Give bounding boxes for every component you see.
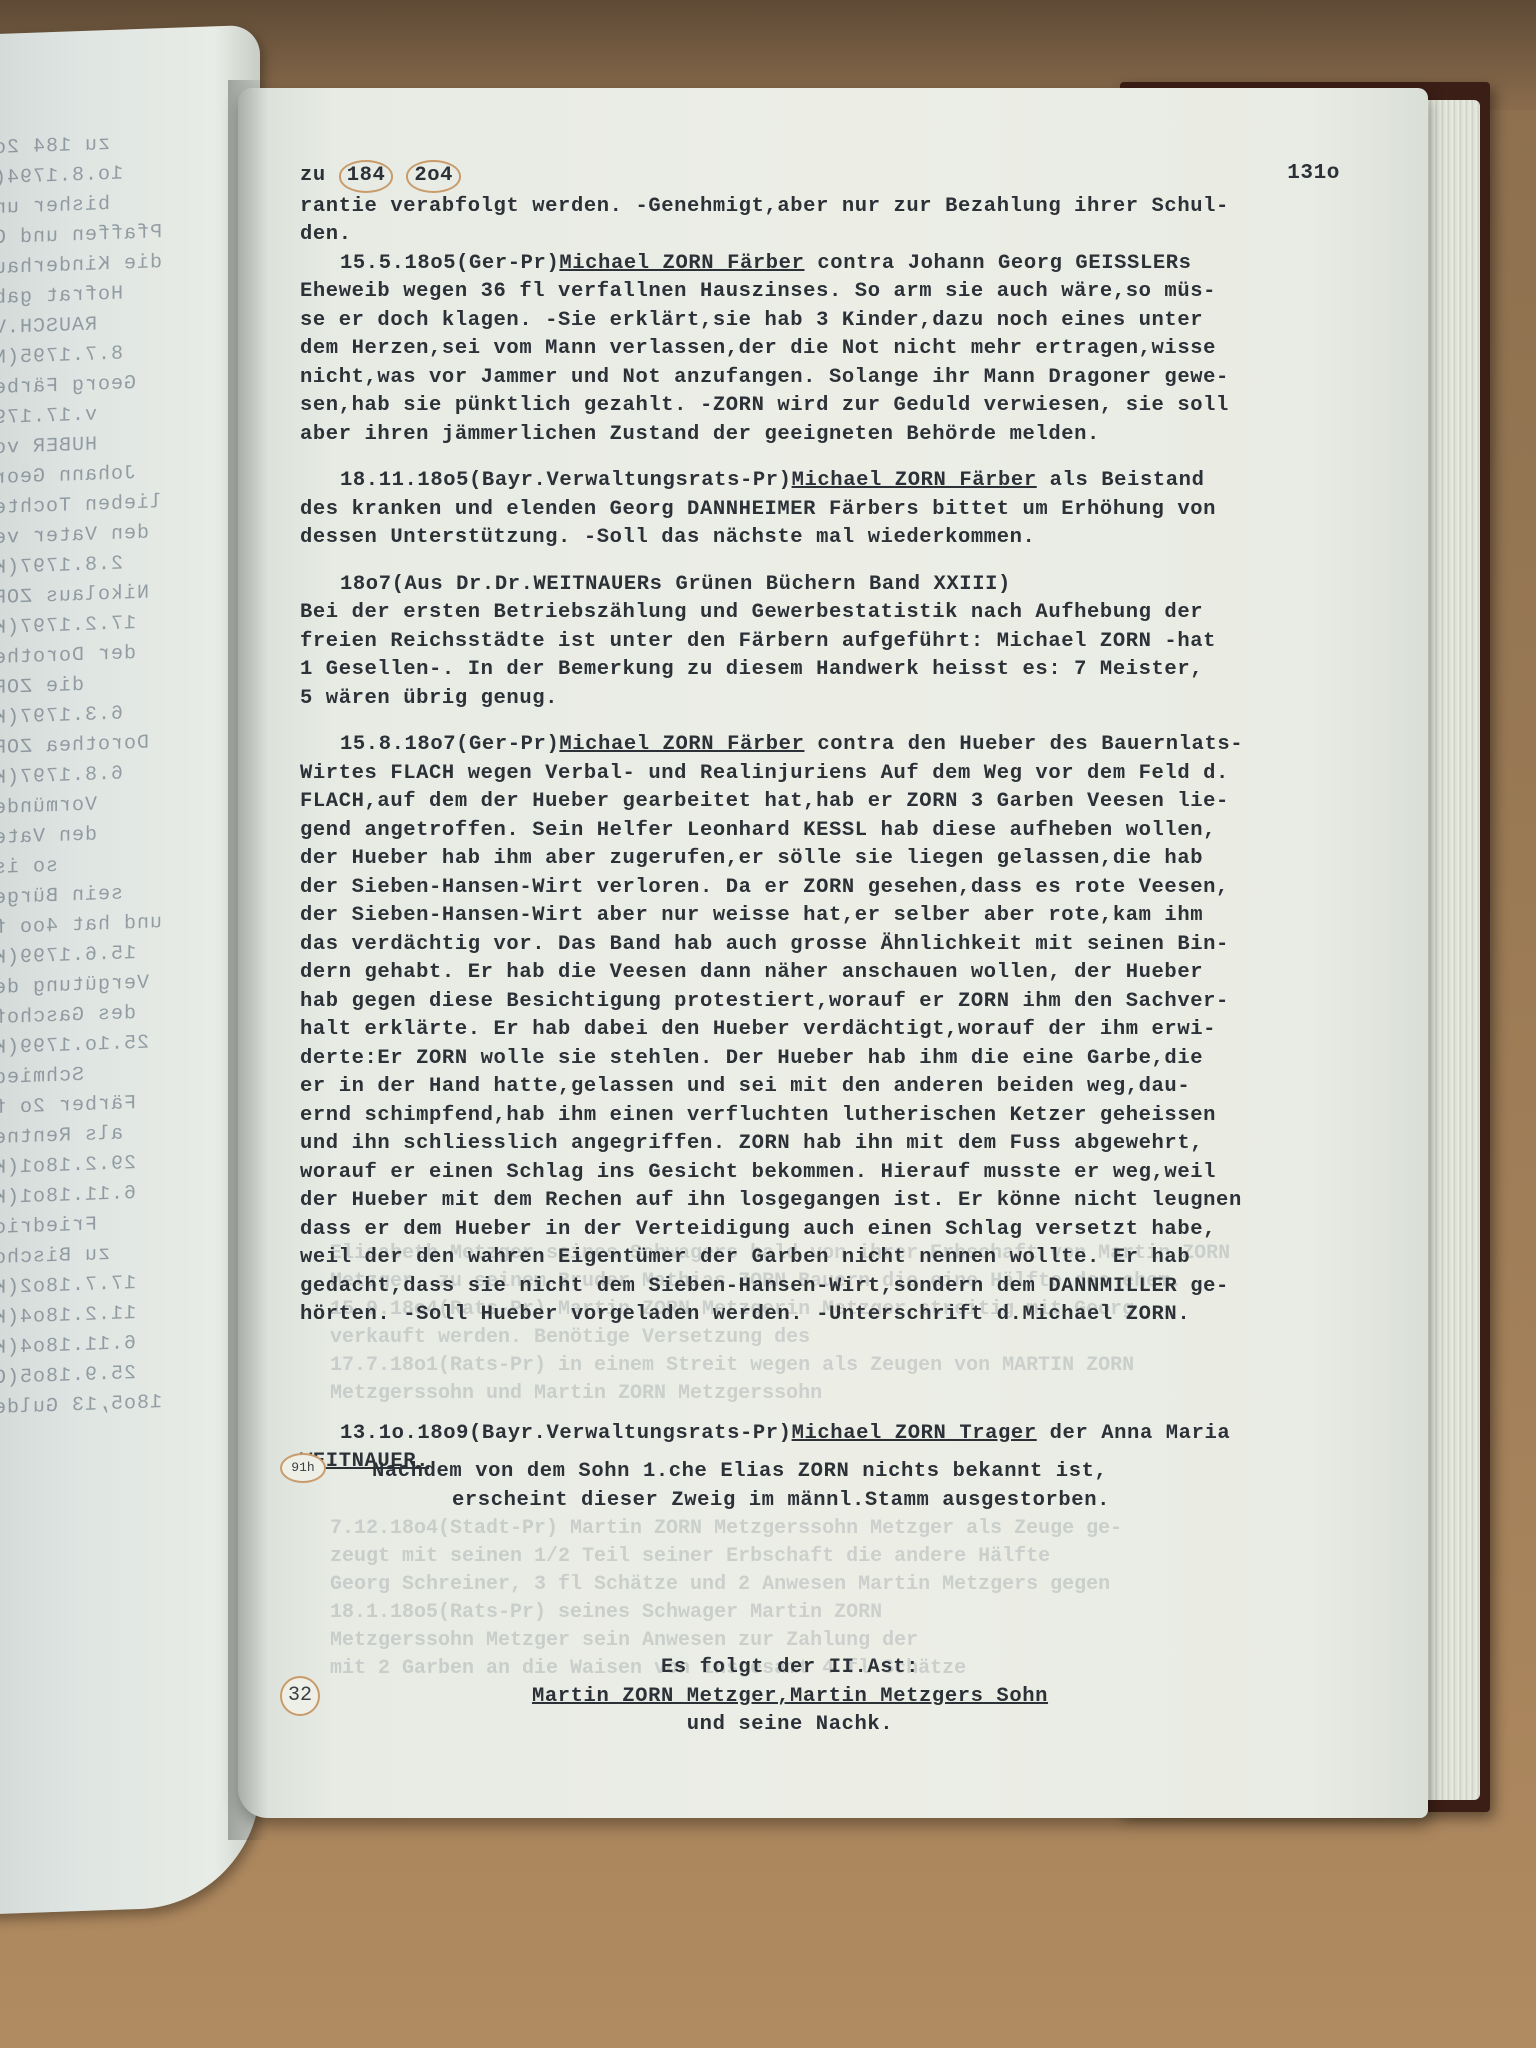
entry-heading: 18.11.18o5(Bayr.Verwaltungsrats-Pr)Micha… [300, 467, 1420, 496]
text-line: und ihn schliesslich angegriffen. ZORN h… [300, 1130, 1420, 1159]
text-line: contra Johann Georg GEISSLERs [817, 252, 1191, 275]
text-line: rantie verabfolgt werden. -Genehmigt,abe… [300, 193, 1420, 222]
bleed-line: 7.12.18o4(Stadt-Pr) Martin ZORN Metzgers… [330, 1515, 1370, 1543]
text-line: weil der den wahren Eigentümer der Garbe… [300, 1244, 1420, 1273]
text-line: der Hueber mit dem Rechen auf ihn losgeg… [300, 1187, 1420, 1216]
ref-number-circled: 184 [339, 160, 394, 193]
paragraph-entry: 15.5.18o5(Ger-Pr)Michael ZORN Färber con… [300, 250, 1420, 450]
page-number: 131o [1287, 160, 1340, 193]
text-line: derte:Er ZORN wolle sie stehlen. Der Hue… [300, 1045, 1420, 1074]
text-line: das verdächtig vor. Das Band hab auch gr… [300, 931, 1420, 960]
text-line: Bei der ersten Betriebszählung und Gewer… [300, 599, 1420, 628]
entry-date: 18o7 [340, 573, 392, 596]
typewritten-text: zu 184 2o4 131o rantie verabfolgt werden… [300, 160, 1420, 1477]
text-line: dem Herzen,sei vom Mann verlassen,der di… [300, 335, 1420, 364]
text-line: freien Reichsstädte ist unter den Färber… [300, 628, 1420, 657]
closing-note: Nachdem von dem Sohn 1.che Elias ZORN ni… [372, 1458, 1110, 1515]
text-line: sen,hab sie pünktlich gezahlt. -ZORN wir… [300, 392, 1420, 421]
entry-heading: 13.1o.18o9(Bayr.Verwaltungsrats-Pr)Micha… [300, 1420, 1420, 1449]
text-line: gedacht,dass sie nicht dem Sieben-Hansen… [300, 1273, 1420, 1302]
entry-subject: Michael ZORN Trager [792, 1422, 1037, 1445]
text-line: der Sieben-Hansen-Wirt aber nur weisse h… [300, 902, 1420, 931]
entry-source: (Ger-Pr) [456, 733, 559, 756]
text-line: se er doch klagen. -Sie erklärt,sie hab … [300, 307, 1420, 336]
text-line: Wirtes FLACH wegen Verbal- und Realinjur… [300, 760, 1420, 789]
margin-circle-mark: 91h [280, 1453, 326, 1483]
entry-date: 15.5.18o5 [340, 252, 456, 275]
text-line: den. [300, 221, 1420, 250]
entry-subject: Michael ZORN Färber [559, 252, 804, 275]
cross-reference: zu 184 2o4 [300, 160, 461, 193]
text-line: ernd schimpfend,hab ihm einen verfluchte… [300, 1102, 1420, 1131]
branch-title: Martin ZORN Metzger,Martin Metzgers Sohn [470, 1684, 1110, 1713]
entry-heading: 15.8.18o7(Ger-Pr)Michael ZORN Färber con… [300, 731, 1420, 760]
text-line: aber ihren jämmerlichen Zustand der geei… [300, 421, 1420, 450]
text-line: worauf er einen Schlag ins Gesicht bekom… [300, 1159, 1420, 1188]
bleed-line: Metzgerssohn Metzger sein Anwesen zur Za… [330, 1627, 1370, 1655]
next-branch-heading: Es folgt der II.Ast: Martin ZORN Metzger… [470, 1655, 1110, 1741]
text-line: der Hueber hab ihm aber zugerufen,er söl… [300, 845, 1420, 874]
margin-circle-number: 32 [280, 1676, 320, 1716]
text-line: contra den Hueber des Bauernlats- [817, 733, 1243, 756]
text-line: halt erklärte. Er hab dabei den Hueber v… [300, 1016, 1420, 1045]
text-line: und seine Nachk. [470, 1712, 1110, 1741]
paragraph-entry: 15.8.18o7(Ger-Pr)Michael ZORN Färber con… [300, 731, 1420, 1330]
entry-source: (Bayr.Verwaltungsrats-Pr) [469, 469, 792, 492]
text-line: FLACH,auf dem der Hueber gearbeitet hat,… [300, 788, 1420, 817]
text-line: als Beistand [1050, 469, 1205, 492]
bleed-line: zeugt mit seinen 1/2 Teil seiner Erbscha… [330, 1543, 1370, 1571]
text-line: Es folgt der II.Ast: [470, 1655, 1110, 1684]
gutter-shadow [228, 80, 268, 1840]
text-line: Eheweib wegen 36 fl verfallnen Hauszinse… [300, 278, 1420, 307]
text-line: Nachdem von dem Sohn 1.che Elias ZORN ni… [372, 1458, 1110, 1487]
entry-subject: Michael ZORN Färber [559, 733, 804, 756]
text-line: hörten. -Soll Hueber vorgeladen werden. … [300, 1301, 1420, 1330]
left-page: zu 184 2o41o.8.1794(Kbisher undPfaffen u… [0, 25, 260, 1915]
text-line: erscheint dieser Zweig im männl.Stamm au… [372, 1487, 1110, 1516]
text-line: 5 wären übrig genug. [300, 685, 1420, 714]
entry-subject: Michael ZORN Färber [792, 469, 1037, 492]
text-line: dern gehabt. Er hab die Veesen dann nähe… [300, 959, 1420, 988]
entry-source: (Ger-Pr) [456, 252, 559, 275]
paragraph: rantie verabfolgt werden. -Genehmigt,abe… [300, 193, 1420, 250]
entry-source: (Bayr.Verwaltungsrats-Pr) [469, 1422, 792, 1445]
text-line: nicht,was vor Jammer und Not anzufangen.… [300, 364, 1420, 393]
text-line: 1 Gesellen-. In der Bemerkung zu diesem … [300, 656, 1420, 685]
text-line: der Sieben-Hansen-Wirt verloren. Da er Z… [300, 874, 1420, 903]
entry-date: 13.1o.18o9 [340, 1422, 469, 1445]
entry-heading: 15.5.18o5(Ger-Pr)Michael ZORN Färber con… [300, 250, 1420, 279]
paragraph-entry: 18.11.18o5(Bayr.Verwaltungsrats-Pr)Micha… [300, 467, 1420, 553]
entry-date: 15.8.18o7 [340, 733, 456, 756]
entry-heading: 18o7(Aus Dr.Dr.WEITNAUERs Grünen Büchern… [300, 571, 1420, 600]
page-header: zu 184 2o4 131o [300, 160, 1340, 193]
text-line: er in der Hand hatte,gelassen und sei mi… [300, 1073, 1420, 1102]
text-line: gend angetroffen. Sein Helfer Leonhard K… [300, 817, 1420, 846]
paragraph-entry: 18o7(Aus Dr.Dr.WEITNAUERs Grünen Büchern… [300, 571, 1420, 714]
ref-number-circled: 2o4 [406, 160, 461, 193]
text-line: der Anna Maria [1050, 1422, 1231, 1445]
text-line: des kranken und elenden Georg DANNHEIMER… [300, 496, 1420, 525]
entry-date: 18.11.18o5 [340, 469, 469, 492]
bleed-line: Georg Schreiner, 3 fl Schätze und 2 Anwe… [330, 1571, 1370, 1599]
bleed-line: 18.1.18o5(Rats-Pr) seines Schwager Marti… [330, 1599, 1370, 1627]
text-line: dass er dem Hueber in der Verteidigung a… [300, 1216, 1420, 1245]
entry-source: (Aus Dr.Dr.WEITNAUERs Grünen Büchern Ban… [392, 573, 1011, 596]
text-line: hab gegen diese Besichtigung protestiert… [300, 988, 1420, 1017]
text-line: dessen Unterstützung. -Soll das nächste … [300, 524, 1420, 553]
